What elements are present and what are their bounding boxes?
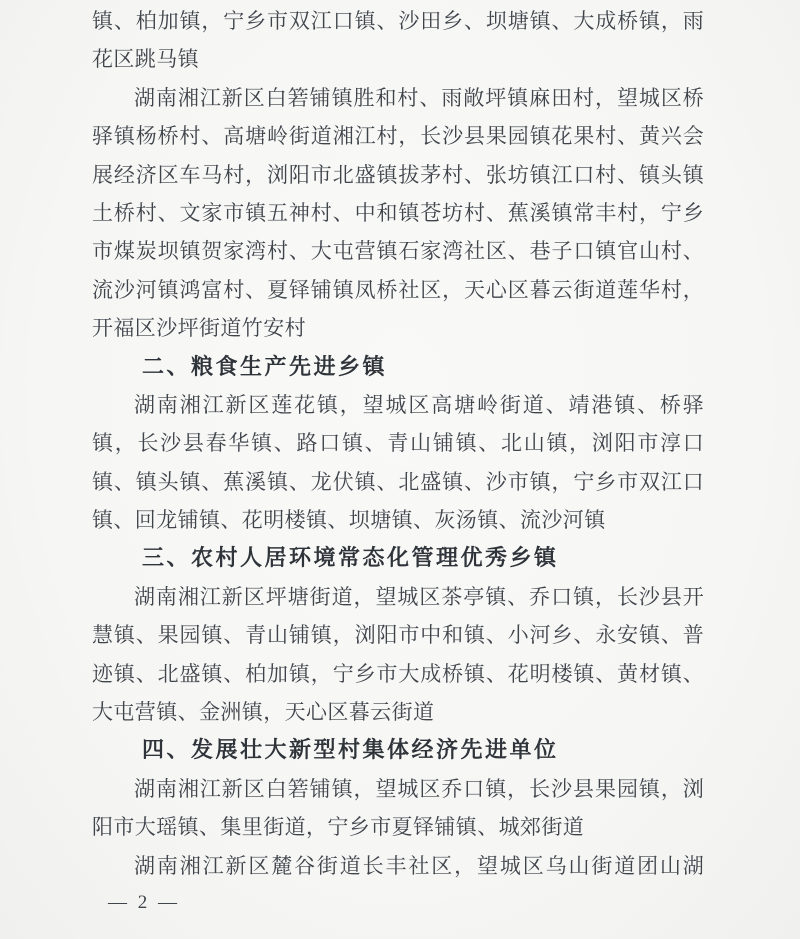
text-line: 慧镇、果园镇、青山铺镇，浏阳市中和镇、小河乡、永安镇、普 [92, 616, 704, 654]
text-line: 大屯营镇、金洲镇，天心区暮云街道 [92, 693, 704, 731]
text-line: 土桥村、文家市镇五神村、中和镇苍坊村、蕉溪镇常丰村，宁乡 [92, 194, 704, 232]
text-line: 展经济区车马村，浏阳市北盛镇拔茅村、张坊镇江口村、镇头镇 [92, 156, 704, 194]
text-line: 镇、柏加镇，宁乡市双江口镇、沙田乡、坝塘镇、大成桥镇，雨 [92, 2, 704, 40]
text-line: 镇、回龙铺镇、花明楼镇、坝塘镇、灰汤镇、流沙河镇 [92, 501, 704, 539]
section-heading: 二、粮食生产先进乡镇 [92, 348, 704, 386]
section-heading: 三、农村人居环境常态化管理优秀乡镇 [92, 539, 704, 577]
text-line: 镇，长沙县春华镇、路口镇、青山铺镇、北山镇，浏阳市淳口 [92, 424, 704, 462]
text-line: 湖南湘江新区麓谷街道长丰社区，望城区乌山街道团山湖 [92, 847, 704, 885]
text-line: 湖南湘江新区白箬铺镇，望城区乔口镇，长沙县果园镇，浏 [92, 770, 704, 808]
text-line: 湖南湘江新区莲花镇，望城区高塘岭街道、靖港镇、桥驿 [92, 386, 704, 424]
text-line: 迹镇、北盛镇、柏加镇，宁乡市大成桥镇、花明楼镇、黄材镇、 [92, 655, 704, 693]
section-heading: 四、发展壮大新型村集体经济先进单位 [92, 731, 704, 769]
text-line: 驿镇杨桥村、高塘岭街道湘江村，长沙县果园镇花果村、黄兴会 [92, 117, 704, 155]
page-number: — 2 — [108, 891, 180, 915]
text-line: 阳市大瑶镇、集里街道，宁乡市夏铎铺镇、城郊街道 [92, 808, 704, 846]
text-line: 花区跳马镇 [92, 40, 704, 78]
document-body: 镇、柏加镇，宁乡市双江口镇、沙田乡、坝塘镇、大成桥镇，雨花区跳马镇湖南湘江新区白… [92, 2, 704, 885]
text-line: 湖南湘江新区白箬铺镇胜和村、雨敞坪镇麻田村，望城区桥 [92, 79, 704, 117]
text-line: 市煤炭坝镇贺家湾村、大屯营镇石家湾社区、巷子口镇官山村、 [92, 232, 704, 270]
text-line: 镇、镇头镇、蕉溪镇、龙伏镇、北盛镇、沙市镇，宁乡市双江口 [92, 463, 704, 501]
text-line: 开福区沙坪街道竹安村 [92, 309, 704, 347]
document-page: 镇、柏加镇，宁乡市双江口镇、沙田乡、坝塘镇、大成桥镇，雨花区跳马镇湖南湘江新区白… [0, 0, 800, 939]
text-line: 流沙河镇鸿富村、夏铎铺镇凤桥社区，天心区暮云街道莲华村， [92, 271, 704, 309]
text-line: 湖南湘江新区坪塘街道，望城区茶亭镇、乔口镇，长沙县开 [92, 578, 704, 616]
